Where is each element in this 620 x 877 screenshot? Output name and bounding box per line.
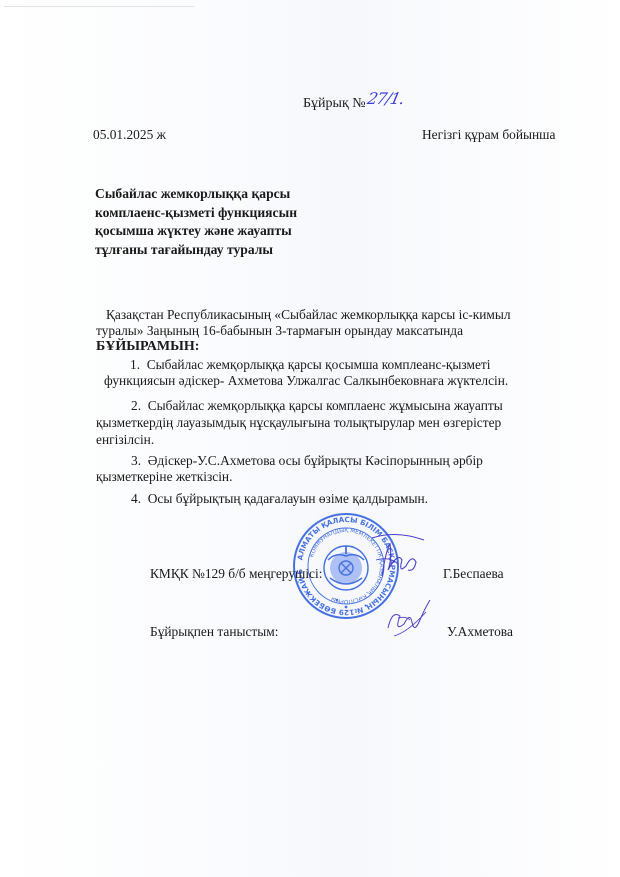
- head-signature-icon: [368, 530, 428, 582]
- order-item-2: 2. Сыбайлас жемқорлыққа қарсы комплаенс …: [131, 397, 503, 414]
- head-name: Г.Беспаева: [443, 565, 504, 582]
- order-item-1-continuation: функциясын әдіскер- Ахметова Улжалгас Са…: [104, 372, 508, 389]
- order-date: 05.01.2025 ж: [93, 126, 166, 143]
- order-title: Бұйрық №27/1.: [303, 92, 403, 112]
- subject-line: комплаенс-қызметі функциясын: [95, 204, 335, 223]
- order-item-1: 1. Сыбайлас жемқорлыққа қарсы қосымша ко…: [130, 356, 491, 373]
- subject-line: тұлғаны тағайындау туралы: [95, 241, 335, 260]
- order-item-2-continuation: қызметкердің лауазымдық нұсқаулығына тол…: [96, 414, 501, 431]
- order-item-4: 4. Осы бұйрықтың қадағалауын өзіме қалды…: [131, 490, 428, 507]
- acknowledgement-signature-icon: [384, 598, 434, 640]
- order-number-handwritten: 27/1.: [365, 89, 405, 108]
- item-text: Сыбайлас жемқорлыққа қарсы қосымша компл…: [147, 357, 491, 372]
- acknowledged-name: У.Ахметова: [447, 623, 513, 640]
- order-item-2-continuation: енгізілсін.: [96, 431, 154, 448]
- order-item-3: 3. Әдіскер-У.С.Ахметова осы бұйрықты Кәс…: [131, 452, 483, 469]
- item-text: Әдіскер-У.С.Ахметова осы бұйрықты Кәсіпо…: [148, 453, 483, 468]
- scan-artifact-line: [4, 6, 194, 7]
- head-role-label: КМҚК №129 б/б меңгерушісі:: [150, 565, 322, 582]
- order-subject: Сыбайлас жемкорлыққа қарсы комплаенс-қыз…: [95, 185, 335, 259]
- item-text: Осы бұйрықтың қадағалауын өзіме қалдырам…: [148, 491, 428, 506]
- subject-line: Сыбайлас жемкорлыққа қарсы: [95, 185, 335, 204]
- preamble-line: туралы» Заңының 16-бабынын 3-тармағын ор…: [96, 322, 463, 339]
- order-directive-heading: БҰЙЫРАМЫН:: [96, 339, 199, 355]
- order-item-3-continuation: қызметкеріне жеткізсін.: [96, 468, 232, 485]
- order-basis: Негізгі құрам бойынша: [422, 126, 555, 143]
- subject-line: қосымша жүктеу және жауапты: [95, 222, 335, 241]
- item-number: 1.: [130, 357, 140, 372]
- order-title-prefix: Бұйрық №: [303, 96, 366, 111]
- acknowledged-label: Бұйрықпен таныстым:: [150, 623, 278, 640]
- document-page: Бұйрық №27/1. 05.01.2025 ж Негізгі құрам…: [0, 0, 620, 877]
- preamble-line: Қазақстан Республикасының «Сыбайлас жемк…: [106, 306, 511, 323]
- item-number: 4.: [131, 491, 141, 506]
- item-number: 3.: [131, 453, 141, 468]
- item-text: Сыбайлас жемқорлыққа қарсы комплаенс жұм…: [148, 398, 503, 413]
- item-number: 2.: [131, 398, 141, 413]
